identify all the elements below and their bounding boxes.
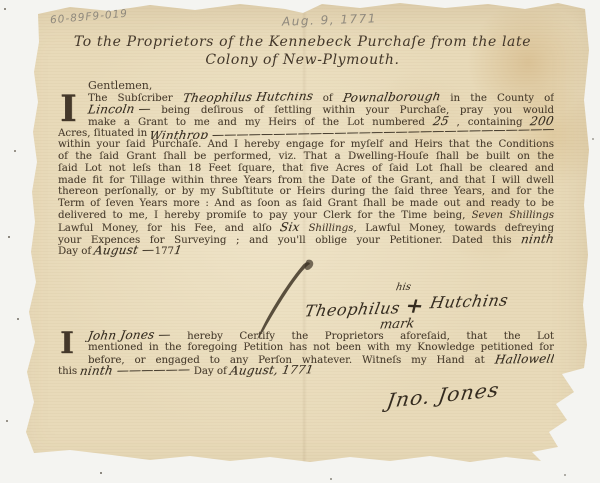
dust-specks: [4, 8, 6, 10]
text-line: Colony of New-Plymouth.: [65, 52, 540, 70]
printed-text: make a Grant to me and my Heirs of the L…: [88, 117, 433, 128]
petition-lines: The Subſcriber Theophilus Hutchins of Po…: [58, 92, 554, 257]
handwritten-text: Hallowell: [494, 354, 554, 366]
printed-text: Lawful Money, towards defreying: [357, 223, 554, 234]
handwritten-text: 1: [173, 245, 183, 257]
printed-text: To the Proprietors of the: [74, 34, 269, 50]
signature-surname: Hutchins: [428, 290, 509, 312]
printed-text: ſaid Lot not leſs than 18 Feet ſquare, t…: [58, 163, 554, 174]
handwritten-text: Lincoln —: [87, 104, 152, 116]
handwritten-text: Pownalborough: [342, 92, 442, 104]
handwritten-text: Theophilus Hutchins: [182, 92, 314, 104]
printed-text: of: [313, 93, 343, 104]
text-line: within your ſaid Purchaſe. And I hereby …: [58, 139, 554, 151]
handwritten-text: Winthrop ——————————————————————————————: [149, 127, 554, 139]
text-line: this ninth —————— Day of August, 1771: [58, 365, 554, 377]
text-line: of the ſaid Grant ſhall be performed, vi…: [58, 151, 554, 163]
text-line: thereon perſonally, or by my Subſtitute …: [58, 186, 554, 198]
printed-text: Purchaſe from the late: [352, 34, 531, 50]
printed-text: hereby Certify the Proprietors aforeſaid…: [171, 331, 554, 342]
mark-cross: +: [403, 292, 427, 318]
text-line: To the Proprietors of the Kennebeck Purc…: [65, 34, 540, 52]
printed-text: within your ſaid Purchaſe. And I hereby …: [58, 139, 554, 150]
document-title: To the Proprietors of the Kennebeck Purc…: [65, 34, 540, 70]
text-line: before, or engaged to any Perſon whateve…: [58, 354, 554, 366]
handwritten-text: 25: [432, 116, 450, 128]
printed-text: delivered to me, I hereby promiſe to pay…: [58, 210, 472, 221]
printed-text: Shillings,: [308, 223, 356, 234]
petition-body: I The Subſcriber Theophilus Hutchins of …: [58, 92, 554, 257]
printed-text: mentioned in the foregoing Petition has …: [88, 342, 554, 353]
text-line: made fit for Tillage within three Years …: [58, 175, 554, 187]
printed-text: The Subſcriber: [88, 93, 183, 104]
handwritten-text: August, 1771: [229, 365, 314, 377]
text-line: John Jones — hereby Certify the Propriet…: [58, 330, 554, 342]
text-line: Acres, ſituated in Winthrop ————————————…: [58, 127, 554, 139]
printed-text: being deſirous of ſettling within your P…: [151, 105, 554, 116]
handwritten-text: 200: [530, 116, 554, 128]
printed-text: Term of ſeven Years more : And as ſoon a…: [58, 198, 554, 209]
text-line: delivered to me, I hereby promiſe to pay…: [58, 210, 554, 222]
printed-text: of the ſaid Grant ſhall be performed, vi…: [58, 151, 554, 162]
text-line: Term of ſeven Years more : And as ſoon a…: [58, 198, 554, 210]
printed-text: , containing: [449, 117, 531, 128]
certification-lines: John Jones — hereby Certify the Propriet…: [58, 330, 554, 377]
text-line: mentioned in the foregoing Petition has …: [58, 342, 554, 354]
printed-text: New-Plymouth.: [283, 52, 400, 68]
handwritten-text: August —: [93, 245, 155, 257]
printed-text: 177: [155, 246, 174, 257]
printed-text: Colony of: [205, 52, 282, 68]
petition-dropcap: I: [60, 92, 77, 126]
printed-text: made fit for Tillage within three Years …: [58, 175, 554, 186]
text-line: The Subſcriber Theophilus Hutchins of Po…: [58, 92, 554, 104]
salutation: Gentlemen,: [88, 79, 152, 92]
printed-text: thereon perſonally, or by my Subſtitute …: [58, 186, 554, 197]
text-line: Lawful Money, for his Fee, and alſo Six …: [58, 222, 554, 234]
text-line: ſaid Lot not leſs than 18 Feet ſquare, t…: [58, 163, 554, 175]
handwritten-text: ninth: [520, 234, 554, 246]
handwritten-text: ninth ——————: [79, 365, 191, 377]
text-line: Lincoln — being deſirous of ſettling wit…: [58, 104, 554, 116]
handwritten-text: John Jones —: [87, 330, 172, 342]
printed-text: Kennebeck: [269, 34, 353, 50]
printed-text: this: [58, 366, 80, 377]
printed-text: Day of: [58, 246, 94, 257]
printed-text: Seven Shillings: [472, 210, 554, 221]
printed-text: in the County of: [440, 93, 554, 104]
text-line: Day of August — 1771: [58, 245, 554, 257]
text-line: your Expences for Surveying ; and you'll…: [58, 234, 554, 246]
printed-text: Acres, ſituated in: [58, 128, 150, 139]
printed-text: Day of: [190, 366, 230, 377]
handwritten-text: Six: [279, 222, 300, 234]
printed-text: before, or engaged to any Perſon whateve…: [88, 355, 495, 366]
printed-text: Lawful Money, for his Fee, and alſo: [58, 223, 280, 234]
text-line: make a Grant to me and my Heirs of the L…: [58, 116, 554, 128]
certification-dropcap: I: [60, 330, 74, 358]
certification-body: I John Jones — hereby Certify the Propri…: [58, 330, 554, 377]
printed-text: your Expences for Surveying ; and you'll…: [58, 235, 521, 246]
